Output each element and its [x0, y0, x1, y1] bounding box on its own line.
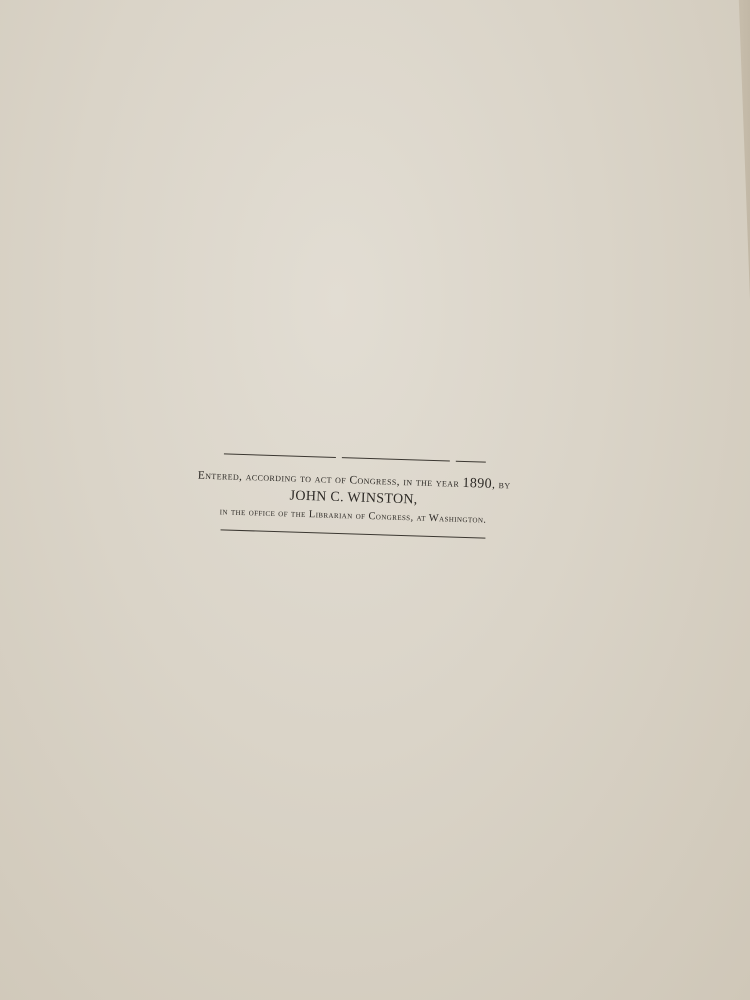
copyright-notice: Entered, according to act of Congress, i… — [113, 450, 595, 542]
year: 1890 — [462, 476, 492, 492]
